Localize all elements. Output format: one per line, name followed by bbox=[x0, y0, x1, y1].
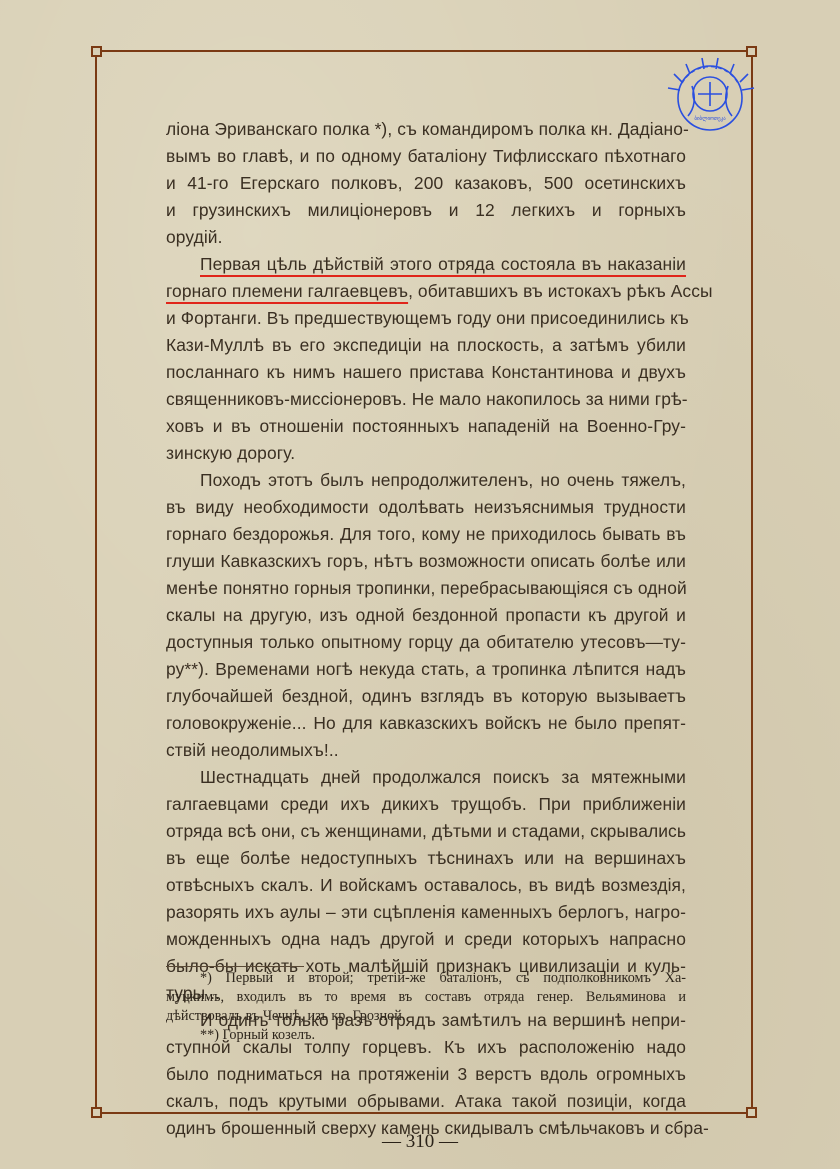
text-line: горнаго бездорожья. Для того, кому не пр… bbox=[166, 521, 686, 548]
text-line: ліона Эриванскаго полка *), съ командиро… bbox=[166, 116, 686, 143]
text-line: въ еще болѣе недоступныхъ тѣснинахъ или … bbox=[166, 845, 686, 872]
text-line: и грузинскихъ милиціонеровъ и 12 легкихъ… bbox=[166, 197, 686, 224]
text-line: Шестнадцать дней продолжался поискъ за м… bbox=[166, 764, 686, 791]
text-line: скалъ, подъ крутыми обрывами. Атака тако… bbox=[166, 1088, 686, 1115]
text-line: священниковъ-миссіонеровъ. Не мало накоп… bbox=[166, 386, 686, 413]
text-line: посланнаго къ нимъ нашего пристава Конст… bbox=[166, 359, 686, 386]
text-line: орудій. bbox=[166, 224, 686, 251]
footnote-line: *) Первый и второй; третій-же баталіонъ,… bbox=[166, 969, 686, 988]
text-line: отвѣсныхъ скалъ. И войскамъ оставалось, … bbox=[166, 872, 686, 899]
text-line-rest: , обитавшихъ въ истокахъ рѣкъ Ассы bbox=[408, 281, 713, 301]
frame-corner-ornament bbox=[746, 1107, 757, 1118]
text-line: отряда всѣ они, съ женщинами, дѣтьми и с… bbox=[166, 818, 686, 845]
red-underline-annotation: Первая цѣль дѣйствій этого отряда состоя… bbox=[200, 254, 686, 274]
text-line: горнаго племени галгаевцевъ, обитавшихъ … bbox=[166, 278, 686, 305]
paragraph-2-highlighted: Первая цѣль дѣйствій этого отряда состоя… bbox=[166, 251, 686, 467]
text-line: и Фортанги. Въ предшествующемъ году они … bbox=[166, 305, 686, 332]
text-line: менѣе понятно горныя тропинки, перебрасы… bbox=[166, 575, 686, 602]
text-line: въ виду необходимости одолѣвать неизъясн… bbox=[166, 494, 686, 521]
text-line: глубочайшей бездной, одинъ взглядъ въ ко… bbox=[166, 683, 686, 710]
paragraph-1: ліона Эриванскаго полка *), съ командиро… bbox=[166, 116, 686, 251]
text-line-underlined: Первая цѣль дѣйствій этого отряда состоя… bbox=[166, 251, 686, 278]
frame-corner-ornament bbox=[91, 46, 102, 57]
footnotes: *) Первый и второй; третій-же баталіонъ,… bbox=[166, 969, 686, 1045]
page-number: — 310 — bbox=[0, 1131, 840, 1153]
svg-text:ბიბლიოთეკა: ბიბლიოთეკა bbox=[694, 115, 726, 122]
text-line: головокруженіе... Но для кавказскихъ вой… bbox=[166, 710, 686, 737]
text-line: Кази-Муллѣ въ его экспедиціи на плоскост… bbox=[166, 332, 686, 359]
text-line: было подниматься на протяженіи 3 верстъ … bbox=[166, 1061, 686, 1088]
text-line: ховъ и въ отношеніи постоянныхъ нападені… bbox=[166, 413, 686, 440]
text-line: можденныхъ одна надъ другой и среди кото… bbox=[166, 926, 686, 953]
frame-corner-ornament bbox=[91, 1107, 102, 1118]
text-line: доступныя только опытному горцу да обита… bbox=[166, 629, 686, 656]
text-line: разорять ихъ аулы – эти сцѣпленія каменн… bbox=[166, 899, 686, 926]
text-line: глуши Кавказскихъ горъ, нѣтъ возможности… bbox=[166, 548, 686, 575]
footnote-line: муцкимъ, входилъ въ то время въ составъ … bbox=[166, 988, 686, 1007]
paragraph-3: Походъ этотъ былъ непродолжителенъ, но о… bbox=[166, 467, 686, 764]
text-line: скалы на другую, изъ одной бездонной про… bbox=[166, 602, 686, 629]
footnote-separator bbox=[166, 966, 304, 967]
text-line: вымъ во главѣ, и по одному баталіону Тиф… bbox=[166, 143, 686, 170]
footnote-line: **) Горный козелъ. bbox=[166, 1026, 686, 1045]
footnote-line: дѣйствовалъ въ Чечнѣ, изъ кр. Грозной. bbox=[166, 1007, 686, 1026]
red-underline-annotation: горнаго племени галгаевцевъ bbox=[166, 281, 408, 301]
text-line: зинскую дорогу. bbox=[166, 440, 686, 467]
text-line: ру**). Временами ногѣ некуда стать, а тр… bbox=[166, 656, 686, 683]
text-line: галгаевцами среди ихъ дикихъ трущобъ. Пр… bbox=[166, 791, 686, 818]
text-line: и 41-го Егерскаго полковъ, 200 казаковъ,… bbox=[166, 170, 686, 197]
text-line: Походъ этотъ былъ непродолжителенъ, но о… bbox=[166, 467, 686, 494]
text-line: ствій неодолимыхъ!.. bbox=[166, 737, 686, 764]
